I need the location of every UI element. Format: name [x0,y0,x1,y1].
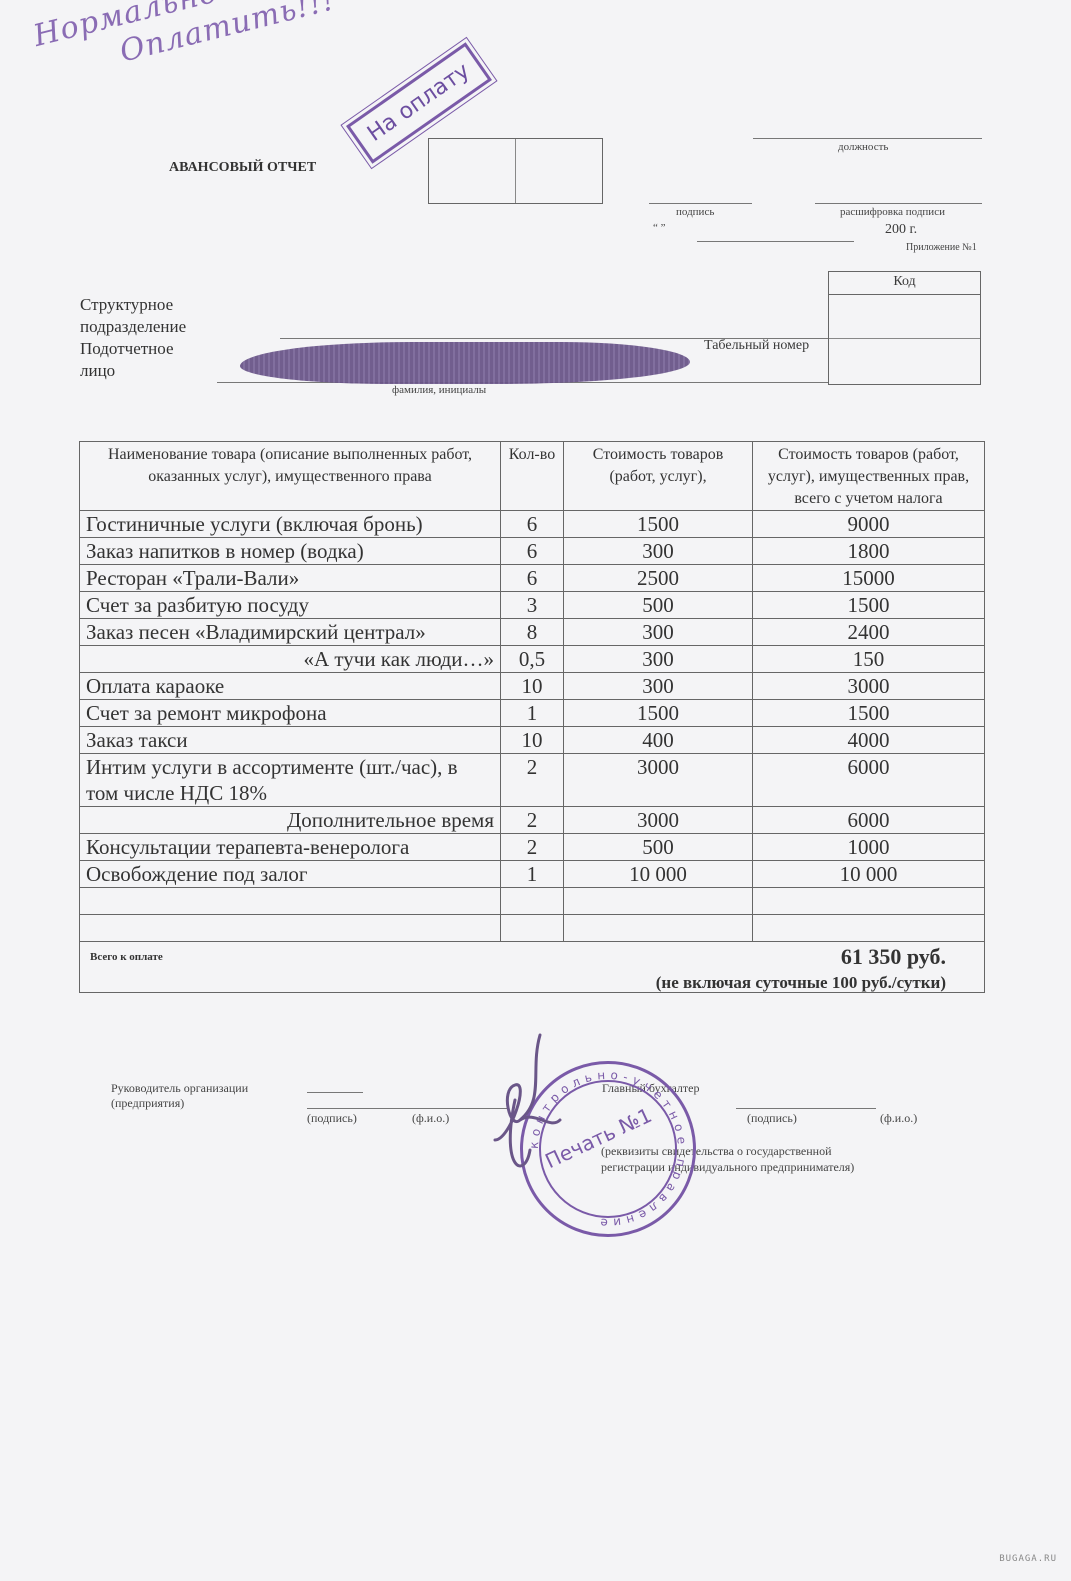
total-label: Всего к оплате [90,944,163,970]
item-name: Счет за разбитую посуду [80,592,501,619]
accountant-fio-caption: (ф.и.о.) [880,1111,917,1126]
item-price: 500 [564,592,753,619]
item-name: Оплата караоке [80,673,501,700]
item-name: Гостиничные услуги (включая бронь) [80,511,501,538]
item-total: 10 000 [753,861,985,888]
item-total: 2400 [753,619,985,646]
empty-cell [80,888,501,915]
item-name: Дополнительное время [80,807,501,834]
item-price: 300 [564,646,753,673]
table-row: Счет за ремонт микрофона115001500 [80,700,985,727]
empty-cell [80,915,501,942]
item-qty: 2 [501,834,564,861]
head-sign-short-line [307,1092,363,1093]
item-total: 1800 [753,538,985,565]
position-line [753,138,982,139]
signature-decode-line [815,203,982,204]
total-row: Всего к оплате 61 350 руб. (не включая с… [80,942,985,993]
item-total: 6000 [753,807,985,834]
code-table: Код [828,271,981,385]
item-qty: 1 [501,700,564,727]
redacted-name-scribble [240,342,690,384]
item-name: Освобождение под залог [80,861,501,888]
date-quotes: “ ” [653,222,666,234]
empty-cell [753,888,985,915]
table-row: Интим услуги в ассортименте (шт./час), в… [80,754,985,807]
date-line [697,241,854,242]
empty-row [80,888,985,915]
col-header-qty: Кол-во [501,442,564,511]
table-row: Заказ напитков в номер (водка)63001800 [80,538,985,565]
item-total: 9000 [753,511,985,538]
item-qty: 10 [501,727,564,754]
item-name: Заказ такси [80,727,501,754]
item-qty: 2 [501,807,564,834]
signature-decode-caption: расшифровка подписи [840,206,945,218]
item-price: 300 [564,619,753,646]
table-row: «А тучи как люди…»0,5300150 [80,646,985,673]
item-name: «А тучи как люди…» [80,646,501,673]
item-name: Интим услуги в ассортименте (шт./час), в… [80,754,501,807]
item-total: 1000 [753,834,985,861]
table-row: Освобождение под залог110 00010 000 [80,861,985,888]
expense-table: Наименование товара (описание выполненны… [79,441,985,993]
item-price: 3000 [564,807,753,834]
col-header-price: Стоимость товаров (работ, услуг), [564,442,753,511]
head-fio-caption: (ф.и.о.) [412,1111,449,1126]
table-row: Заказ такси104004000 [80,727,985,754]
head-sign-line [307,1108,507,1109]
item-price: 1500 [564,511,753,538]
name-caption: фамилия, инициалы [392,384,486,396]
empty-cell [564,915,753,942]
item-total: 15000 [753,565,985,592]
item-qty: 6 [501,538,564,565]
signature-caption: подпись [676,206,714,218]
item-total: 1500 [753,592,985,619]
appendix-label: Приложение №1 [906,242,977,253]
empty-cell [753,915,985,942]
item-qty: 0,5 [501,646,564,673]
item-price: 2500 [564,565,753,592]
item-price: 300 [564,538,753,565]
division-label: Структурное подразделение Подотчетное ли… [80,294,186,382]
col-header-name: Наименование товара (описание выполненны… [80,442,501,511]
total-note: (не включая суточные 100 руб./сутки) [656,970,946,996]
item-price: 400 [564,727,753,754]
item-total: 3000 [753,673,985,700]
date-year: 200 г. [885,222,917,238]
handwritten-signature [490,1030,570,1180]
item-name: Счет за ремонт микрофона [80,700,501,727]
item-qty: 6 [501,565,564,592]
item-price: 10 000 [564,861,753,888]
item-price: 1500 [564,700,753,727]
item-qty: 8 [501,619,564,646]
head-sign-caption: (подпись) [307,1111,357,1126]
empty-cell [501,888,564,915]
item-name: Ресторан «Трали-Вали» [80,565,501,592]
document-title: АВАНСОВЫЙ ОТЧЕТ [169,160,316,176]
handwritten-note: Нормально отжег!!! Оплатить!!! [30,0,393,90]
item-qty: 6 [501,511,564,538]
item-price: 500 [564,834,753,861]
item-name: Заказ напитков в номер (водка) [80,538,501,565]
signature-line [649,203,752,204]
item-total: 150 [753,646,985,673]
tab-number-label: Табельный номер [704,338,809,354]
table-row: Гостиничные услуги (включая бронь)615009… [80,511,985,538]
table-row: Счет за разбитую посуду35001500 [80,592,985,619]
item-qty: 1 [501,861,564,888]
watermark: BUGAGA.RU [999,1554,1057,1564]
item-price: 3000 [564,754,753,807]
head-label: Руководитель организации (предприятия) [111,1081,248,1111]
empty-cell [564,888,753,915]
table-row: Оплата караоке103003000 [80,673,985,700]
item-qty: 2 [501,754,564,807]
accountant-sign-caption: (подпись) [747,1111,797,1126]
empty-row [80,915,985,942]
accountant-sign-line [736,1108,876,1109]
item-qty: 3 [501,592,564,619]
code-header: Код [829,272,980,295]
item-price: 300 [564,673,753,700]
item-total: 4000 [753,727,985,754]
table-row: Ресторан «Трали-Вали»6250015000 [80,565,985,592]
total-sum: 61 350 руб. [841,944,946,970]
item-total: 6000 [753,754,985,807]
item-qty: 10 [501,673,564,700]
item-total: 1500 [753,700,985,727]
table-row: Заказ песен «Владимирский централ»830024… [80,619,985,646]
empty-cell [501,915,564,942]
item-name: Консультации терапевта-венеролога [80,834,501,861]
item-name: Заказ песен «Владимирский централ» [80,619,501,646]
header-code-box [428,138,603,204]
table-row: Дополнительное время230006000 [80,807,985,834]
col-header-total: Стоимость товаров (работ, услуг), имущес… [753,442,985,511]
table-row: Консультации терапевта-венеролога2500100… [80,834,985,861]
position-caption: должность [838,141,888,153]
